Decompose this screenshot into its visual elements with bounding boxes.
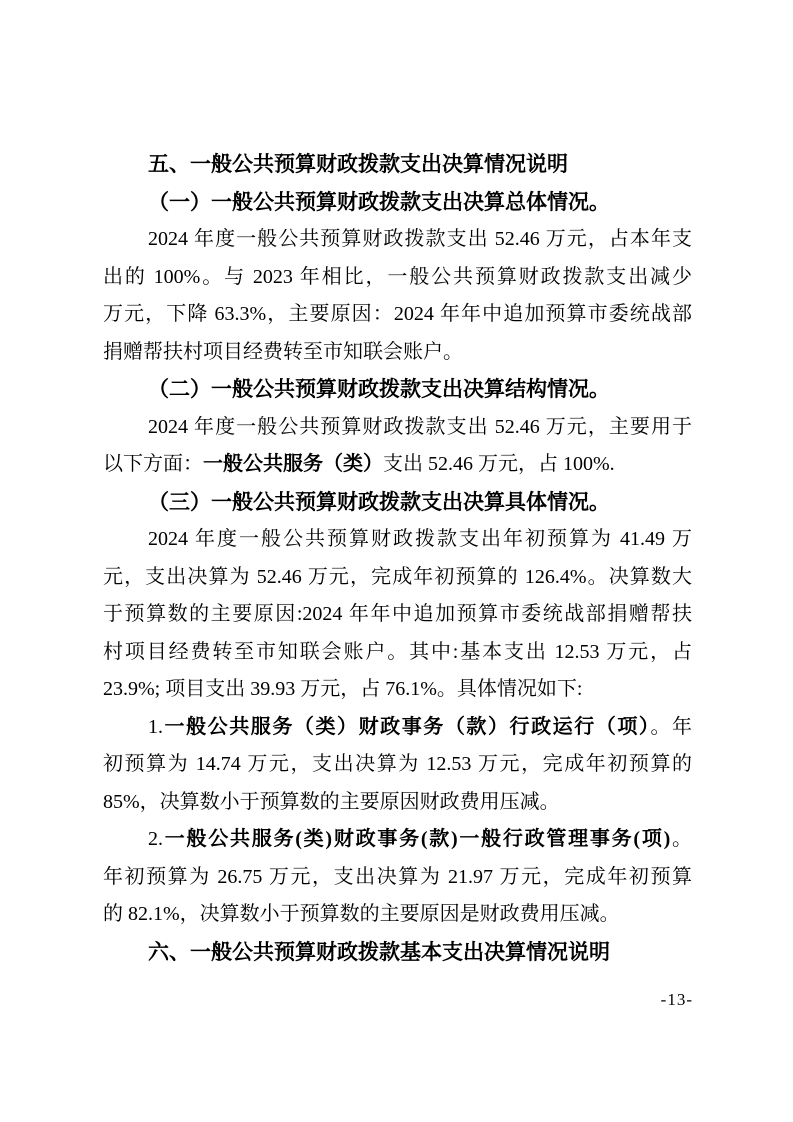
text-segment-bold: 一般公共服务（类）财政事务（款）行政运行（项） (163, 716, 650, 738)
text-segment: 支出 52.46 万元，占 100%. (383, 453, 615, 475)
text-segment-bold: 一般公共服务（类） (203, 453, 383, 475)
text-segment: 万元，下降 63.3%，主要原因：2024 年年中追加预算市委统战部 (103, 303, 692, 325)
text-segment: 2. (148, 828, 163, 850)
text-line: 2024 年度一般公共预算财政拨款支出年初预算为 41.49 万 (103, 521, 692, 559)
text-line: 2024 年度一般公共预算财政拨款支出 52.46 万元，占本年支 (103, 221, 692, 259)
text-line: 1.一般公共服务（类）财政事务（款）行政运行（项）。年 (103, 709, 692, 747)
text-segment: 以下方面： (103, 453, 203, 475)
text-line: 的 82.1%，决算数小于预算数的主要原因是财政费用压减。 (103, 896, 692, 934)
text-line: 2.一般公共服务(类)财政事务(款)一般行政管理事务(项)。 (103, 821, 692, 859)
text-segment: 于预算数的主要原因:2024 年年中追加预算市委统战部捐赠帮扶 (103, 603, 692, 625)
text-segment: 的 82.1%，决算数小于预算数的主要原因是财政费用压减。 (103, 903, 620, 925)
text-line: 以下方面：一般公共服务（类）支出 52.46 万元，占 100%. (103, 446, 692, 484)
text-segment: 2024 年度一般公共预算财政拨款支出年初预算为 41.49 万 (148, 528, 692, 550)
page-number: -13- (661, 988, 693, 1012)
text-segment: 2024 年度一般公共预算财政拨款支出 52.46 万元，主要用于 (148, 416, 692, 438)
text-segment: 。年 (650, 716, 692, 738)
text-line: 五、一般公共预算财政拨款支出决算情况说明 (103, 146, 692, 184)
text-line: 村项目经费转至市知联会账户。其中:基本支出 12.53 万元，占 (103, 634, 692, 672)
text-segment: 1. (148, 716, 163, 738)
text-segment-bold: 一般公共服务(类)财政事务(款)一般行政管理事务(项) (163, 828, 670, 850)
text-segment: 23.9%; 项目支出 39.93 万元，占 76.1%。具体情况如下: (103, 678, 582, 700)
document-page: 五、一般公共预算财政拨款支出决算情况说明（一）一般公共预算财政拨款支出决算总体情… (0, 0, 793, 1122)
text-segment: 85%，决算数小于预算数的主要原因财政费用压减。 (103, 791, 560, 813)
text-line: 万元，下降 63.3%，主要原因：2024 年年中追加预算市委统战部 (103, 296, 692, 334)
text-segment: 。 (670, 828, 692, 850)
text-segment: 出的 100%。与 2023 年相比，一般公共预算财政拨款支出减少 33.23 (103, 266, 692, 297)
text-segment: 村项目经费转至市知联会账户。其中:基本支出 12.53 万元，占 (103, 641, 692, 663)
text-line: （二）一般公共预算财政拨款支出决算结构情况。 (103, 371, 692, 409)
text-line: 23.9%; 项目支出 39.93 万元，占 76.1%。具体情况如下: (103, 671, 692, 709)
text-line: 年初预算为 26.75 万元，支出决算为 21.97 万元，完成年初预算 (103, 859, 692, 897)
text-line: 85%，决算数小于预算数的主要原因财政费用压减。 (103, 784, 692, 822)
text-line: 初预算为 14.74 万元，支出决算为 12.53 万元，完成年初预算的 (103, 746, 692, 784)
text-segment: 元，支出决算为 52.46 万元，完成年初预算的 126.4%。决算数大 (103, 566, 692, 588)
text-segment: （一）一般公共预算财政拨款支出决算总体情况。 (148, 190, 610, 214)
text-line: 六、一般公共预算财政拨款基本支出决算情况说明 (103, 934, 692, 972)
text-line: 出的 100%。与 2023 年相比，一般公共预算财政拨款支出减少 33.23 (103, 259, 692, 297)
text-segment: 初预算为 14.74 万元，支出决算为 12.53 万元，完成年初预算的 (103, 753, 692, 775)
text-line: 于预算数的主要原因:2024 年年中追加预算市委统战部捐赠帮扶 (103, 596, 692, 634)
text-segment: 六、一般公共预算财政拨款基本支出决算情况说明 (148, 941, 610, 964)
text-segment: 2024 年度一般公共预算财政拨款支出 52.46 万元，占本年支 (148, 228, 692, 250)
text-segment: 五、一般公共预算财政拨款支出决算情况说明 (148, 153, 568, 176)
document-body: 五、一般公共预算财政拨款支出决算情况说明（一）一般公共预算财政拨款支出决算总体情… (103, 146, 692, 971)
text-segment: （三）一般公共预算财政拨款支出决算具体情况。 (148, 490, 610, 514)
text-segment: 捐赠帮扶村项目经费转至市知联会账户。 (103, 341, 463, 363)
text-line: 2024 年度一般公共预算财政拨款支出 52.46 万元，主要用于 (103, 409, 692, 447)
text-segment: （二）一般公共预算财政拨款支出决算结构情况。 (148, 377, 610, 401)
text-line: 捐赠帮扶村项目经费转至市知联会账户。 (103, 334, 692, 372)
text-line: 元，支出决算为 52.46 万元，完成年初预算的 126.4%。决算数大 (103, 559, 692, 597)
text-segment: 年初预算为 26.75 万元，支出决算为 21.97 万元，完成年初预算 (103, 866, 692, 888)
text-line: （三）一般公共预算财政拨款支出决算具体情况。 (103, 484, 692, 522)
text-line: （一）一般公共预算财政拨款支出决算总体情况。 (103, 184, 692, 222)
